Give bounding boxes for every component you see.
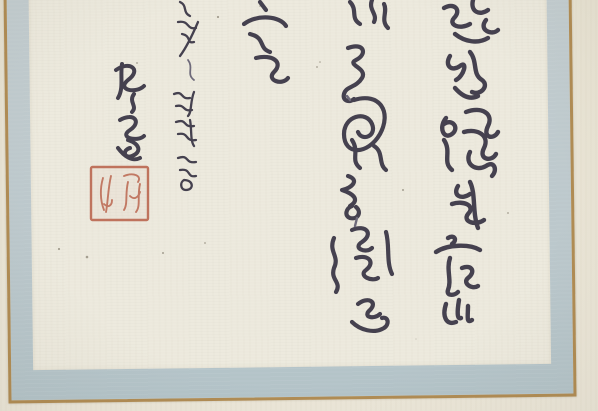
calligraphy-photo <box>0 0 598 411</box>
gold-trim-line <box>3 0 576 403</box>
paper-leaf <box>29 0 552 370</box>
